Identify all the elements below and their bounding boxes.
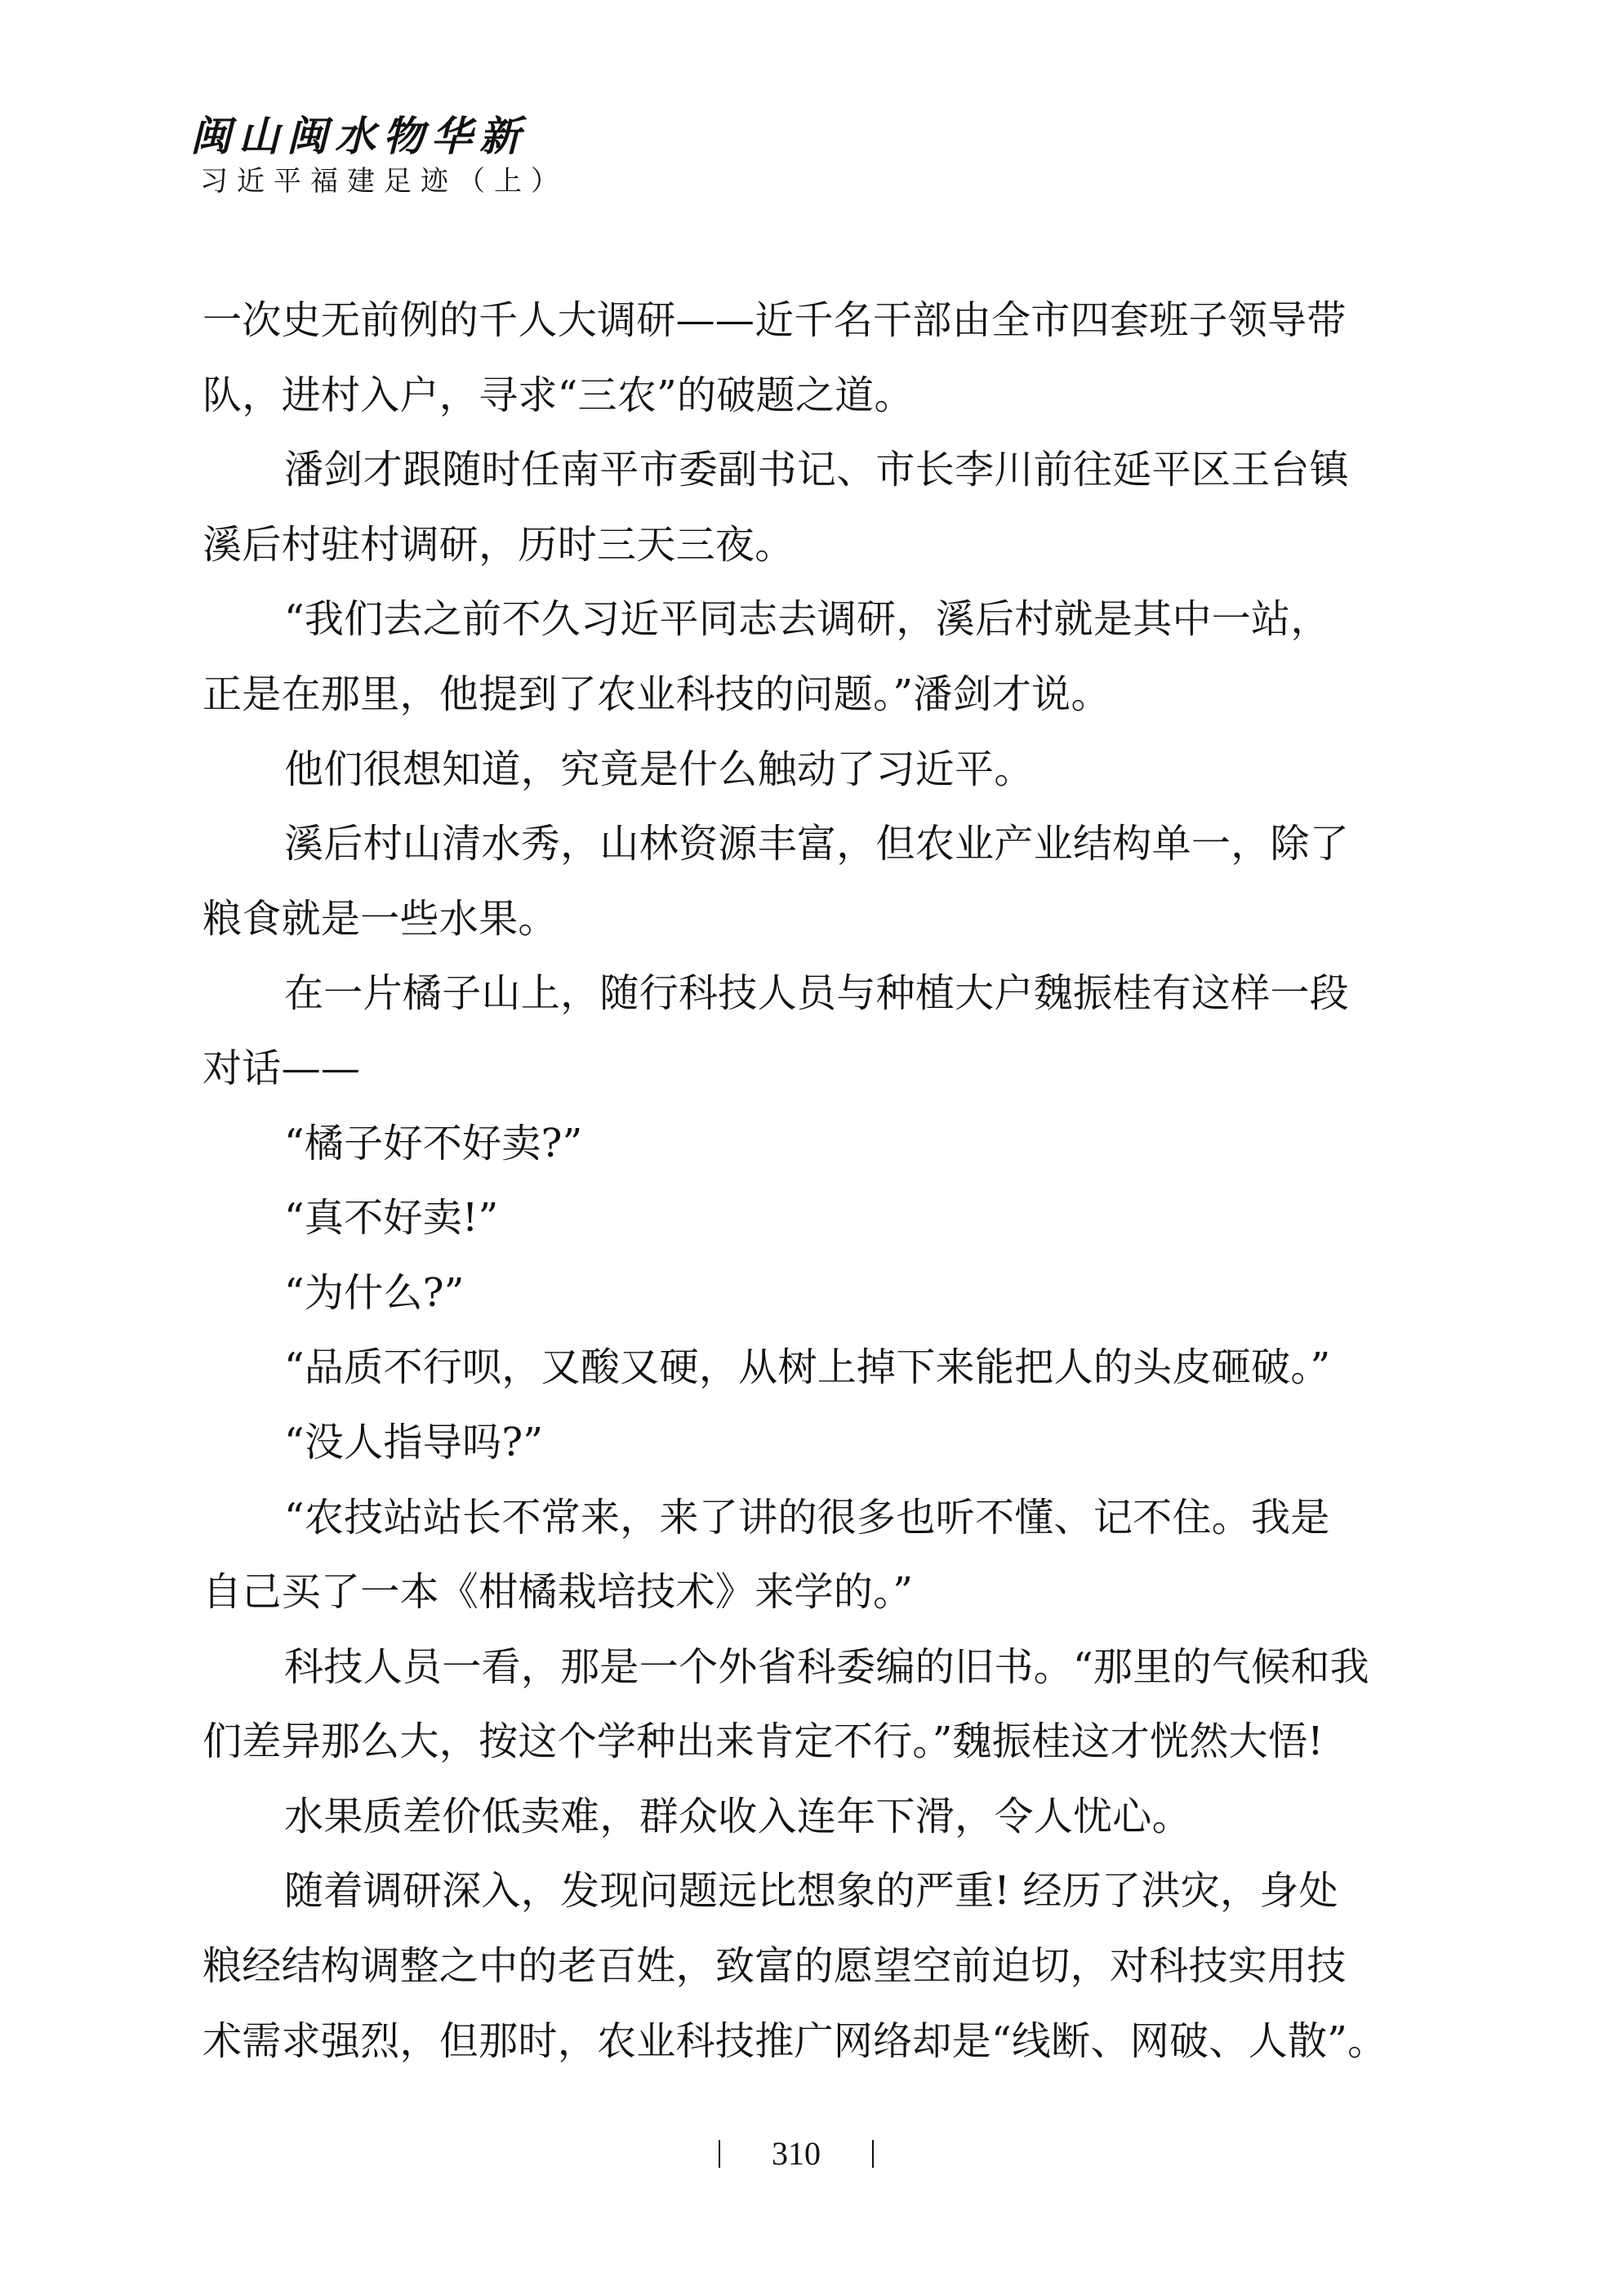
dialogue-line: “为什么?” — [203, 1268, 1395, 1344]
text-line: 溪后村山清水秀，山林资源丰富，但农业产业结构单一，除了 — [203, 819, 1395, 894]
folio-right-bar — [872, 2140, 874, 2168]
book-title: 闽山闽水物华新 — [190, 113, 568, 160]
text-line: 自己买了一本《柑橘栽培技术》来学的。” — [203, 1567, 1395, 1643]
dialogue-line: “农技站站长不常来，来了讲的很多也听不懂、记不住。我是 — [203, 1493, 1395, 1568]
book-subtitle: 习近平福建足迹（上） — [200, 165, 568, 198]
page-number: 310 — [772, 2135, 821, 2173]
text-line: 潘剑才跟随时任南平市委副书记、市长李川前往延平区王台镇 — [203, 445, 1395, 520]
text-line: 粮经结构调整之中的老百姓，致富的愿望空前迫切，对科技实用技 — [203, 1942, 1395, 2017]
dialogue-line: “真不好卖!” — [203, 1193, 1395, 1268]
dialogue-line: “没人指导吗?” — [203, 1418, 1395, 1493]
dialogue-line: “品质不行呗，又酸又硬，从树上掉下来能把人的头皮砸破。” — [203, 1343, 1395, 1418]
text-line: 对话—— — [203, 1044, 1395, 1119]
dialogue-line: “橘子好不好卖?” — [203, 1119, 1395, 1194]
body-text: 一次史无前例的千人大调研——近千名干部由全市四套班子领导带 队，进村入户，寻求“… — [203, 296, 1395, 2091]
page-folio: 310 — [719, 2135, 874, 2173]
text-line: 粮食就是一些水果。 — [203, 894, 1395, 970]
text-line: 水果质差价低卖难，群众收入连年下滑，令人忧心。 — [203, 1792, 1395, 1867]
text-line: 溪后村驻村调研，历时三天三夜。 — [203, 520, 1395, 595]
text-line: “我们去之前不久习近平同志去调研，溪后村就是其中一站， — [203, 595, 1395, 670]
text-line: 他们很想知道，究竟是什么触动了习近平。 — [203, 745, 1395, 820]
text-line: 一次史无前例的千人大调研——近千名干部由全市四套班子领导带 — [203, 296, 1395, 371]
folio-left-bar — [719, 2140, 720, 2168]
text-line: 队，进村入户，寻求“三农”的破题之道。 — [203, 371, 1395, 446]
text-line: 术需求强烈，但那时，农业科技推广网络却是“线断、网破、人散”。 — [203, 2017, 1395, 2092]
text-line: 在一片橘子山上，随行科技人员与种植大户魏振桂有这样一段 — [203, 969, 1395, 1044]
running-head: 闽山闽水物华新 习近平福建足迹（上） — [190, 113, 568, 198]
text-line: 科技人员一看，那是一个外省科委编的旧书。“那里的气候和我 — [203, 1643, 1395, 1718]
text-line: 正是在那里，他提到了农业科技的问题。”潘剑才说。 — [203, 670, 1395, 745]
text-line: 随着调研深入，发现问题远比想象的严重! 经历了洪灾，身处 — [203, 1866, 1395, 1942]
text-line: 们差异那么大，按这个学种出来肯定不行。”魏振桂这才恍然大悟! — [203, 1717, 1395, 1792]
